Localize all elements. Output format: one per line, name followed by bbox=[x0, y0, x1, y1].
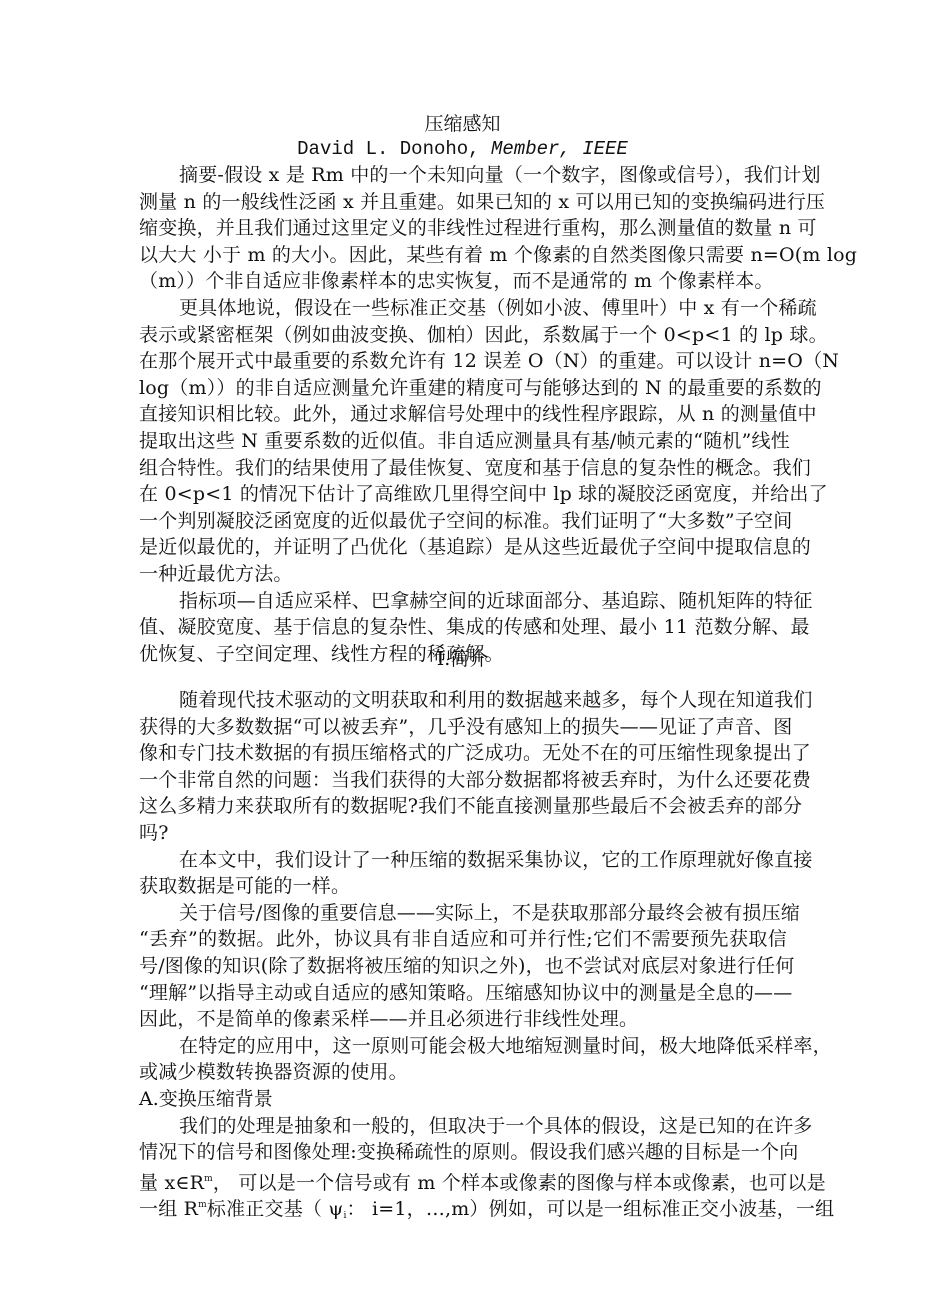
intro-line: 像和专门技术数据的有损压缩格式的广泛成功。无处不在的可压缩性现象提出了 bbox=[139, 740, 787, 767]
intro-line: “丢弃”的数据。此外，协议具有非自适应和可并行性;它们不需要预先获取信 bbox=[139, 926, 787, 953]
intro-line: 获得的大多数数据“可以被丢弃”，几乎没有感知上的损失——见证了声音、图 bbox=[139, 714, 787, 741]
abstract-p2-line: log（m））的非自适应测量允许重建的精度可与能够达到的 N 的最重要的系数的 bbox=[139, 375, 787, 402]
intro-line: “理解”以指导主动或自适应的感知策略。压缩感知协议中的测量是全息的—— bbox=[139, 980, 787, 1007]
abstract: 摘要-假设 x 是 Rm 中的一个未知向量（一个数字，图像或信号），我们计划 测… bbox=[139, 162, 787, 667]
abstract-p2-line: 是近似最优的，并证明了凸优化（基追踪）是从这些近最优子空间中提取信息的 bbox=[139, 534, 787, 561]
intro-line: 在本文中，我们设计了一种压缩的数据采集协议，它的工作原理就好像直接 bbox=[139, 847, 787, 874]
intro-line: 号/图像的知识(除了数据将被压缩的知识之外)，也不尝试对底层对象进行任何 bbox=[139, 953, 787, 980]
subsection-line: 情况下的信号和图像处理:变换稀疏性的原则。假设我们感兴趣的目标是一个向 bbox=[139, 1139, 787, 1166]
abstract-line: 缩变换，并且我们通过这里定义的非线性过程进行重构，那么测量值的数量 n 可 bbox=[139, 215, 787, 242]
abstract-p2-line: 直接知识相比较。此外，通过求解信号处理中的线性程序跟踪，从 n 的测量值中 bbox=[139, 401, 787, 428]
subsection-line: 一组 Rm标准正交基（ ψi： i=1，…,m）例如，可以是一组标准正交小波基，… bbox=[139, 1192, 787, 1219]
abstract-line: 测量 n 的一般线性泛函 x 并且重建。如果已知的 x 可以用已知的变换编码进行… bbox=[139, 189, 787, 216]
section-heading: I.简介 bbox=[0, 646, 925, 672]
intro-line: 关于信号/图像的重要信息——实际上，不是获取那部分最终会被有损压缩 bbox=[139, 900, 787, 927]
abstract-p2-line: 提取出这些 N 重要系数的近似值。非自适应测量具有基/帧元素的“随机”线性 bbox=[139, 428, 787, 455]
paper-title: 压缩感知 bbox=[0, 112, 925, 136]
abstract-p2-line: 在 0<p<1 的情况下估计了高维欧几里得空间中 lp 球的凝胶泛函宽度，并给出… bbox=[139, 481, 787, 508]
abstract-line: （m））个非自适应非像素样本的忠实恢复，而不是通常的 m 个像素样本。 bbox=[139, 268, 787, 295]
abstract-p2-line: 在那个展开式中最重要的系数允许有 12 误差 O（N）的重建。可以设计 n=O（… bbox=[139, 348, 787, 375]
author-line: David L. Donoho, Member, IEEE bbox=[0, 137, 925, 161]
intro-line: 吗? bbox=[139, 820, 787, 847]
index-terms-line: 指标项—自适应采样、巴拿赫空间的近球面部分、基追踪、随机矩阵的特征 bbox=[139, 588, 787, 615]
abstract-line: 摘要-假设 x 是 Rm 中的一个未知向量（一个数字，图像或信号），我们计划 bbox=[139, 162, 787, 189]
abstract-p2-line: 表示或紧密框架（例如曲波变换、伽柏）因此，系数属于一个 0<p<1 的 lp 球… bbox=[139, 322, 787, 349]
author-name: David L. Donoho, bbox=[297, 138, 479, 160]
abstract-p2-line: 组合特性。我们的结果使用了最佳恢复、宽度和基于信息的复杂性的概念。我们 bbox=[139, 455, 787, 482]
intro-line: 获取数据是可能的一样。 bbox=[139, 873, 787, 900]
document-page: 压缩感知 David L. Donoho, Member, IEEE 摘要-假设… bbox=[0, 0, 925, 1309]
subsection-line: 量 x∈Rm， 可以是一个信号或有 m 个样本或像素的图像与样本或像素，也可以是 bbox=[139, 1166, 787, 1193]
index-terms-line: 值、凝胶宽度、基于信息的复杂性、集成的传感和处理、最小 11 范数分解、最 bbox=[139, 614, 787, 641]
abstract-p2-line: 更具体地说，假设在一些标准正交基（例如小波、傅里叶）中 x 有一个稀疏 bbox=[139, 295, 787, 322]
author-affiliation: Member, IEEE bbox=[491, 138, 628, 160]
subsection-line: 我们的处理是抽象和一般的，但取决于一个具体的假设，这是已知的在许多 bbox=[139, 1113, 787, 1140]
subsection-heading: A.变换压缩背景 bbox=[139, 1086, 787, 1113]
intro-line: 或减少模数转换器资源的使用。 bbox=[139, 1059, 787, 1086]
abstract-p2-line: 一种近最优方法。 bbox=[139, 561, 787, 588]
intro-line: 在特定的应用中，这一原则可能会极大地缩短测量时间，极大地降低采样率， bbox=[139, 1033, 787, 1060]
intro-line: 这么多精力来获取所有的数据呢?我们不能直接测量那些最后不会被丢弃的部分 bbox=[139, 793, 787, 820]
abstract-line: 以大大 小于 m 的大小。因此，某些有着 m 个像素的自然类图像只需要 n=O(… bbox=[139, 242, 787, 269]
abstract-p2-line: 一个判别凝胶泛函宽度的近似最优子空间的标准。我们证明了“大多数”子空间 bbox=[139, 508, 787, 535]
introduction: 随着现代技术驱动的文明获取和利用的数据越来越多，每个人现在知道我们 获得的大多数… bbox=[139, 687, 787, 1219]
intro-line: 随着现代技术驱动的文明获取和利用的数据越来越多，每个人现在知道我们 bbox=[139, 687, 787, 714]
intro-line: 一个非常自然的问题：当我们获得的大部分数据都将被丢弃时，为什么还要花费 bbox=[139, 767, 787, 794]
intro-line: 因此，不是简单的像素采样——并且必须进行非线性处理。 bbox=[139, 1006, 787, 1033]
